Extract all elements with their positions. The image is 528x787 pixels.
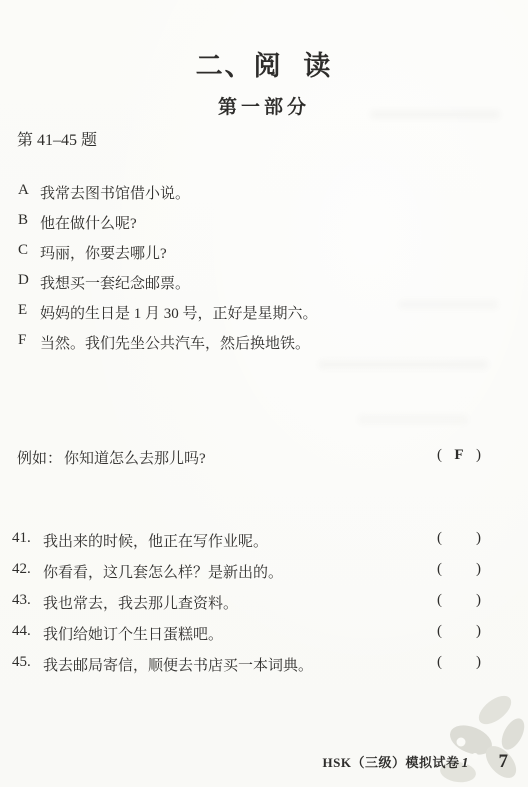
option-letter: F [18, 332, 40, 349]
option-row-e: E 妈妈的生日是 1 月 30 号，正好是星期六。 [18, 302, 488, 332]
example-answer: F [453, 447, 465, 464]
option-text: 他在做什么呢? [40, 212, 488, 233]
paren-close: ) [476, 592, 481, 609]
question-range-label: 第 41–45 题 [17, 127, 97, 150]
section-subtitle: 第一部分 [0, 92, 528, 119]
option-row-f: F 当然。我们先坐公共汽车，然后换地铁。 [18, 332, 488, 362]
answer-blank-42: ( ) [437, 561, 481, 578]
option-row-b: B 他在做什么呢? [18, 212, 488, 242]
paren-close: ) [476, 447, 481, 464]
question-number: 43. [12, 592, 43, 609]
scan-showthrough-mark [358, 415, 468, 424]
option-letter: B [18, 212, 40, 229]
paren-open: ( [437, 623, 442, 640]
option-text: 我常去图书馆借小说。 [40, 182, 488, 203]
question-row-41: 41. 我出来的时候，他正在写作业呢。 ( ) [12, 530, 481, 561]
paren-open: ( [437, 654, 442, 671]
option-text: 我想买一套纪念邮票。 [40, 272, 488, 293]
question-number: 41. [12, 530, 43, 547]
example-answer-slot: ( F ) [437, 447, 481, 468]
question-text: 我出来的时候，他正在写作业呢。 [43, 530, 437, 551]
option-letter: D [18, 272, 40, 289]
page-title: 二、阅 读 [0, 44, 528, 83]
question-text: 你看看，这几套怎么样？是新出的。 [43, 561, 437, 582]
paren-close: ) [476, 623, 481, 640]
option-letter: A [18, 182, 40, 199]
page-number: 7 [499, 751, 509, 773]
example-text: 你知道怎么去那儿吗? [64, 447, 206, 468]
question-row-43: 43. 我也常去，我去那儿查资料。 ( ) [12, 592, 481, 623]
questions-list: 41. 我出来的时候，他正在写作业呢。 ( ) 42. 你看看，这几套怎么样？是… [12, 530, 481, 685]
question-row-42: 42. 你看看，这几套怎么样？是新出的。 ( ) [12, 561, 481, 592]
answer-blank-43: ( ) [437, 592, 481, 609]
question-number: 45. [12, 654, 43, 671]
option-text: 玛丽，你要去哪儿? [40, 242, 488, 263]
paren-close: ) [476, 561, 481, 578]
question-row-44: 44. 我们给她订个生日蛋糕吧。 ( ) [12, 623, 481, 654]
question-row-45: 45. 我去邮局寄信，顺便去书店买一本词典。 ( ) [12, 654, 481, 685]
answer-blank-41: ( ) [437, 530, 481, 547]
option-row-d: D 我想买一套纪念邮票。 [18, 272, 488, 302]
example-sentence: 例如： 你知道怎么去那儿吗? [17, 447, 206, 468]
example-label: 例如： [17, 447, 62, 468]
question-text: 我们给她订个生日蛋糕吧。 [43, 623, 437, 644]
paren-open: ( [437, 447, 442, 464]
paren-close: ) [476, 530, 481, 547]
page-footer: HSK（三级）模拟试卷 1 7 [323, 751, 508, 773]
option-text: 妈妈的生日是 1 月 30 号，正好是星期六。 [40, 302, 488, 323]
option-row-c: C 玛丽，你要去哪儿? [18, 242, 488, 272]
booklet-title: HSK（三级）模拟试卷 [323, 752, 460, 771]
example-row: 例如： 你知道怎么去那儿吗? ( F ) [17, 447, 481, 468]
option-letter: E [18, 302, 40, 319]
question-number: 42. [12, 561, 43, 578]
question-text: 我也常去，我去那儿查资料。 [43, 592, 437, 613]
paren-open: ( [437, 530, 442, 547]
answer-blank-45: ( ) [437, 654, 481, 671]
paren-open: ( [437, 561, 442, 578]
paren-open: ( [437, 592, 442, 609]
option-text: 当然。我们先坐公共汽车，然后换地铁。 [40, 332, 488, 353]
paren-close: ) [476, 654, 481, 671]
option-row-a: A 我常去图书馆借小说。 [18, 182, 488, 212]
question-text: 我去邮局寄信，顺便去书店买一本词典。 [43, 654, 437, 675]
answer-blank-44: ( ) [437, 623, 481, 640]
option-letter: C [18, 242, 40, 259]
question-number: 44. [12, 623, 43, 640]
answer-options-list: A 我常去图书馆借小说。 B 他在做什么呢? C 玛丽，你要去哪儿? D 我想买… [18, 182, 488, 362]
document-page: 二、阅 读 第一部分 第 41–45 题 A 我常去图书馆借小说。 B 他在做什… [0, 0, 528, 787]
booklet-volume: 1 [462, 756, 469, 772]
